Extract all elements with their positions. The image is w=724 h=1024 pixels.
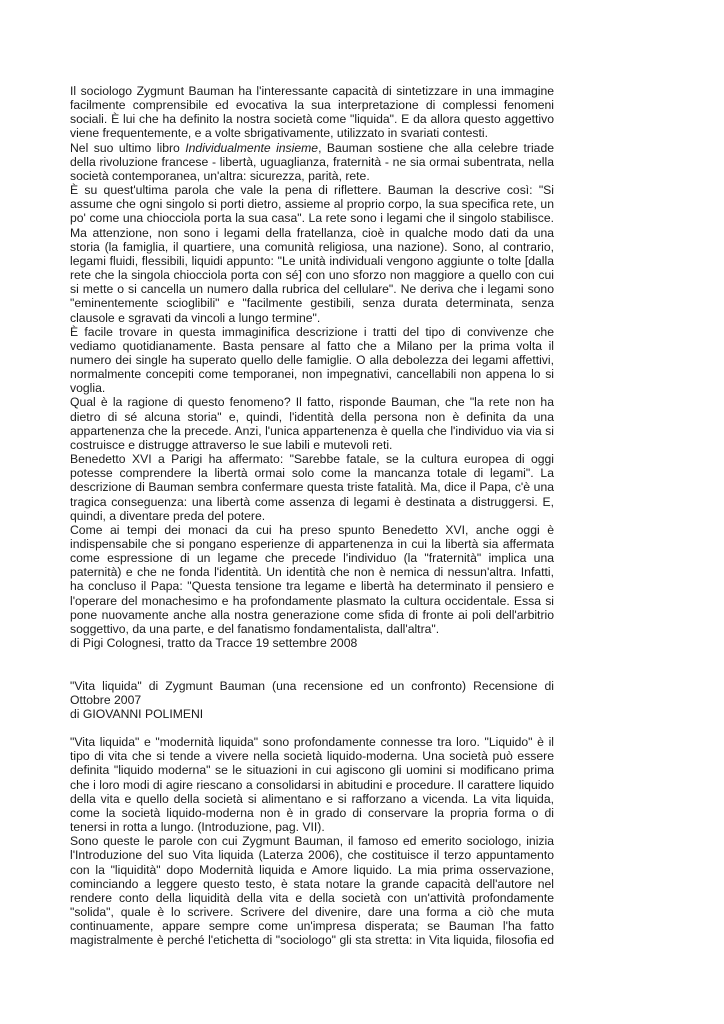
author-line: di GIOVANNI POLIMENI [70,707,554,721]
spacer [70,664,554,678]
paragraph: È facile trovare in questa immaginifica … [70,325,554,396]
paragraph: Benedetto XVI a Parigi ha affermato: "Sa… [70,452,554,523]
paragraph: Il sociologo Zygmunt Bauman ha l'interes… [70,84,554,141]
document-page: Il sociologo Zygmunt Bauman ha l'interes… [70,84,554,947]
spacer [70,721,554,735]
text-span: Nel suo ultimo libro [70,141,185,155]
article-vita-liquida-review: "Vita liquida" di Zygmunt Bauman (una re… [70,679,554,948]
byline: di Pigi Colognesi, tratto da Tracce 19 s… [70,636,554,650]
spacer [70,650,554,664]
paragraph: "Vita liquida" e "modernità liquida" son… [70,735,554,834]
article-title: "Vita liquida" di Zygmunt Bauman (una re… [70,679,554,707]
book-title-italic: Individualmente insieme [185,141,318,155]
article-bauman-tracce: Il sociologo Zygmunt Bauman ha l'interes… [70,84,554,650]
paragraph: Nel suo ultimo libro Individualmente ins… [70,141,554,183]
paragraph: È su quest'ultima parola che vale la pen… [70,183,554,325]
paragraph: Sono queste le parole con cui Zygmunt Ba… [70,834,554,947]
paragraph: Qual è la ragione di questo fenomeno? Il… [70,395,554,452]
paragraph: Come ai tempi dei monaci da cui ha preso… [70,523,554,636]
